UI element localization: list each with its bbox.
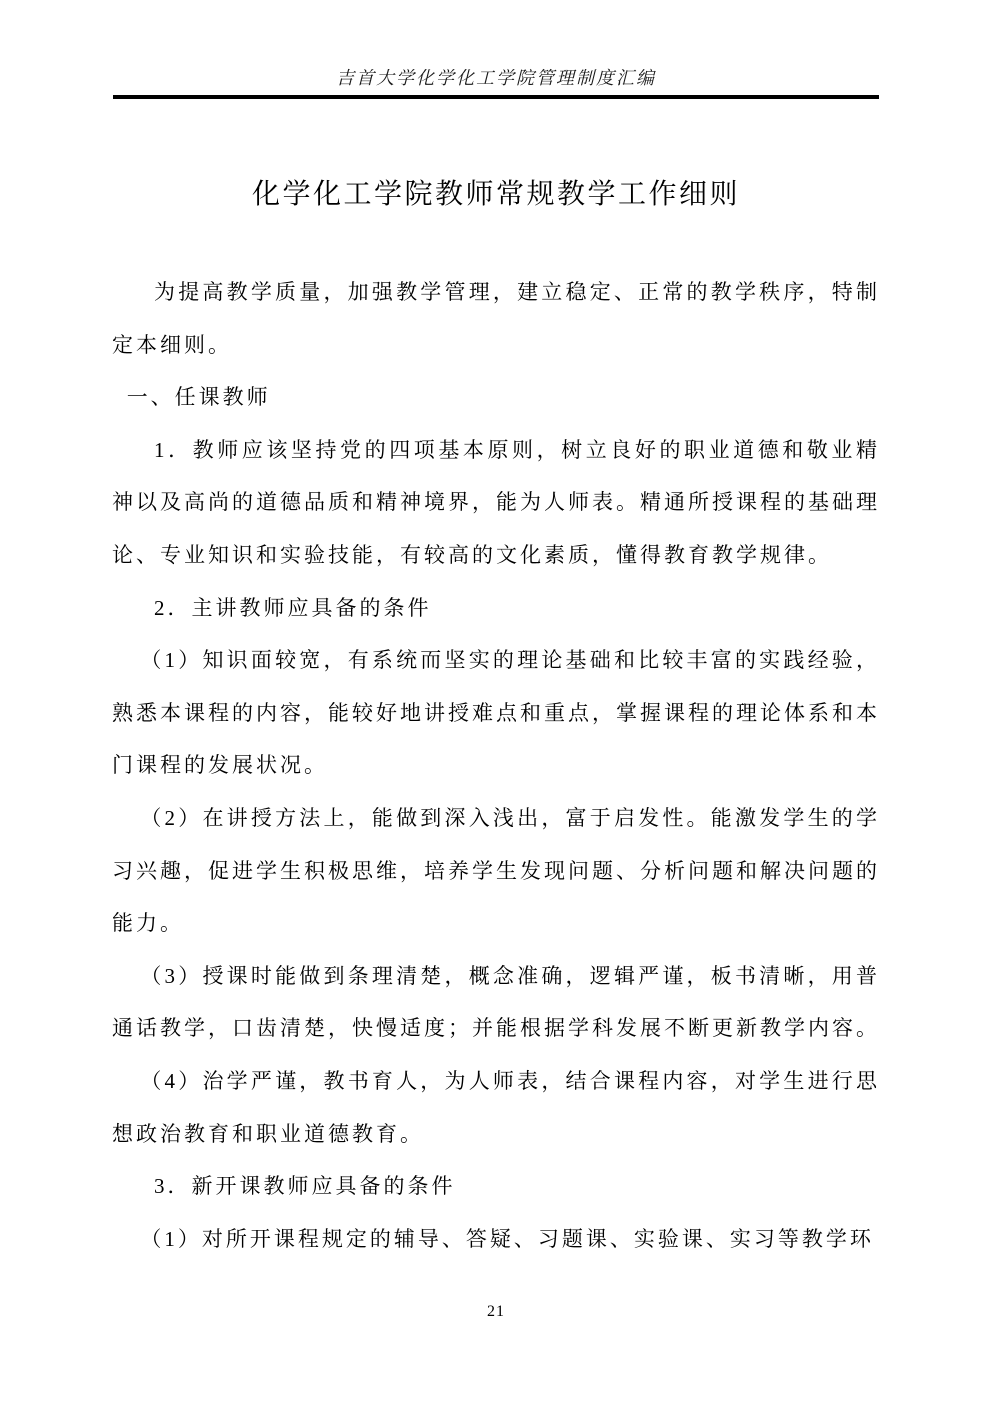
item-3: 3．新开课教师应具备的条件 [112, 1160, 880, 1213]
item-3-sub-1: （1）对所开课程规定的辅导、答疑、习题课、实验课、实习等教学环 [112, 1213, 880, 1266]
document-body: 为提高教学质量，加强教学管理，建立稳定、正常的教学秩序，特制定本细则。 一、任课… [112, 266, 880, 1265]
item-2-sub-3: （3）授课时能做到条理清楚，概念准确，逻辑严谨，板书清晰，用普通话教学，口齿清楚… [112, 950, 880, 1055]
item-2-sub-2: （2）在讲授方法上，能做到深入浅出，富于启发性。能激发学生的学习兴趣，促进学生积… [112, 792, 880, 950]
section-heading-1: 一、任课教师 [112, 371, 880, 424]
header-rule [113, 95, 879, 99]
item-1: 1．教师应该坚持党的四项基本原则，树立良好的职业道德和敬业精神以及高尚的道德品质… [112, 424, 880, 582]
paragraph-intro: 为提高教学质量，加强教学管理，建立稳定、正常的教学秩序，特制定本细则。 [112, 266, 880, 371]
header-title: 吉首大学化学化工学院管理制度汇编 [336, 64, 656, 90]
item-2-sub-4: （4）治学严谨，教书育人，为人师表，结合课程内容，对学生进行思想政治教育和职业道… [112, 1055, 880, 1160]
item-2: 2．主讲教师应具备的条件 [112, 582, 880, 635]
running-header: 吉首大学化学化工学院管理制度汇编 [0, 0, 992, 90]
page-number: 21 [487, 1303, 505, 1320]
page-title: 化学化工学院教师常规教学工作细则 [0, 179, 992, 211]
document-page: 吉首大学化学化工学院管理制度汇编 化学化工学院教师常规教学工作细则 为提高教学质… [0, 0, 992, 1403]
item-2-sub-1: （1）知识面较宽，有系统而坚实的理论基础和比较丰富的实践经验，熟悉本课程的内容，… [112, 634, 880, 792]
page-footer: 21 [0, 1303, 992, 1321]
